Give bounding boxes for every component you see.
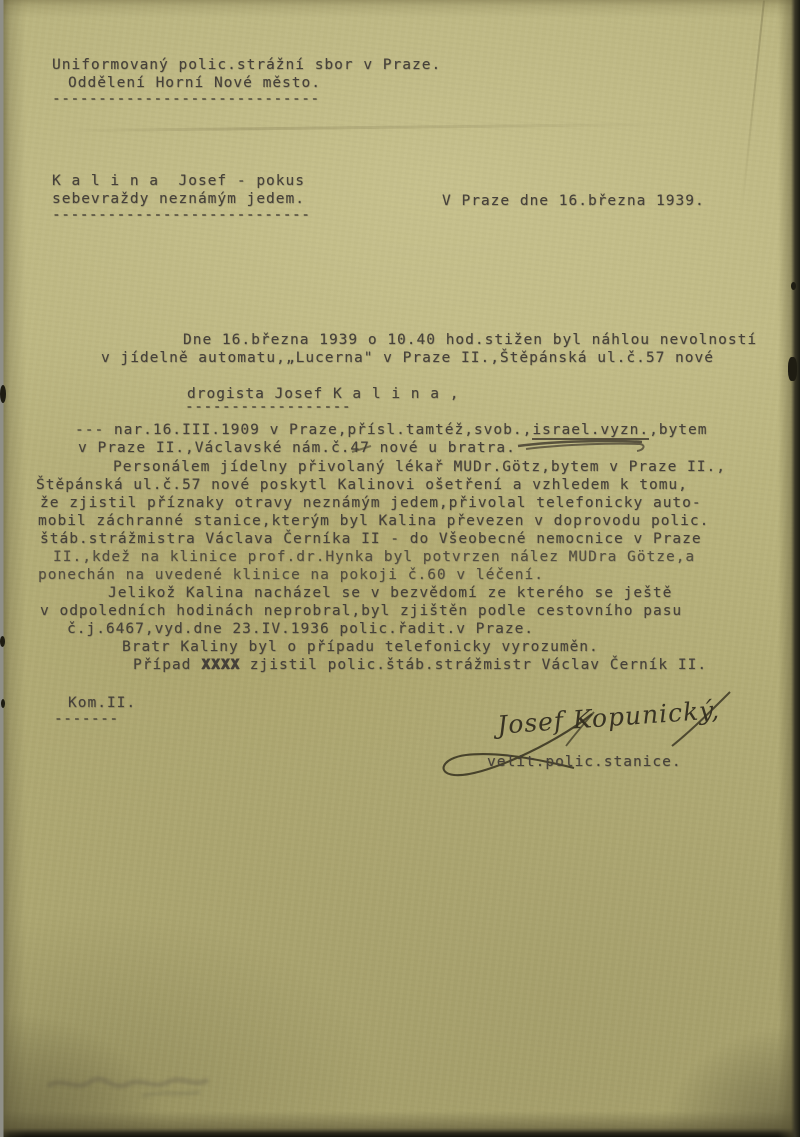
edge-speck (0, 385, 6, 403)
body-line: v jídelně automatu,„Lucerna" v Praze II.… (101, 349, 714, 367)
body-line: ponechán na uvedené klinice na pokoji č.… (38, 566, 544, 584)
pencil-dash-mark (516, 436, 656, 454)
signature-flourish (432, 712, 612, 792)
case-subject-rule: ---------------------------- (52, 206, 310, 224)
line-segment: --- nar.16.III.1909 v Praze,přísl.tamtéž… (75, 422, 532, 438)
department-mark-rule: ------- (54, 710, 119, 728)
body-line: Jelikož Kalina nacházel se v bezvědomí z… (108, 584, 672, 602)
body-line: Dne 16.března 1939 o 10.40 hod.stižen by… (183, 331, 757, 349)
edge-speck (1, 699, 5, 708)
pencil-tick-mark (350, 443, 374, 455)
case-subject-line1: K a l i n a Josef - pokus (52, 172, 305, 190)
signature-flourish (668, 690, 738, 750)
letterhead-line1: Uniformovaný polic.strážní sbor v Praze. (52, 56, 441, 74)
body-line: v Praze II.,Václavské nám.č.47 nové u br… (78, 439, 516, 457)
body-line: Případ XXXX zjistil polic.štáb.strážmist… (133, 656, 707, 674)
line-segment: zjistil polic.štáb.strážmistr Václav Čer… (240, 657, 707, 673)
subject-name-rule: ------------------ (185, 398, 351, 416)
body-line: Štěpánská ul.č.57 nové poskytl Kalinovi … (36, 476, 688, 494)
line-segment: Případ (133, 657, 201, 673)
body-line: č.j.6467,vyd.dne 23.IV.1936 polic.řadit.… (67, 620, 534, 638)
body-line: Bratr Kaliny byl o případu telefonicky v… (122, 638, 599, 656)
body-line: Personálem jídelny přivolaný lékař MUDr.… (113, 458, 726, 476)
line-segment: ,bytem (649, 422, 707, 438)
overstruck-text: XXXX (201, 657, 240, 673)
scanned-document: { "doc": { "header": { "line1": "Uniform… (0, 0, 800, 1137)
body-line: štáb.strážmistra Václava Černíka II - do… (40, 530, 702, 548)
body-line: mobil záchranné stanice,kterým byl Kalin… (38, 512, 709, 530)
edge-speck (788, 357, 797, 381)
edge-speck (791, 282, 796, 290)
body-line: II.,kdež na klinice prof.dr.Hynka byl po… (53, 548, 695, 566)
body-line: že zjistil příznaky otravy neznámým jede… (40, 494, 702, 512)
dateline: V Praze dne 16.března 1939. (442, 192, 705, 210)
signature-typed-title: velit.polic.stanice. (487, 753, 682, 771)
body-line: v odpoledních hodinách neprobral,byl zji… (40, 602, 682, 620)
letterhead-rule: ----------------------------- (52, 90, 320, 108)
bleedthrough-mark (42, 1062, 242, 1107)
edge-speck (0, 636, 5, 647)
